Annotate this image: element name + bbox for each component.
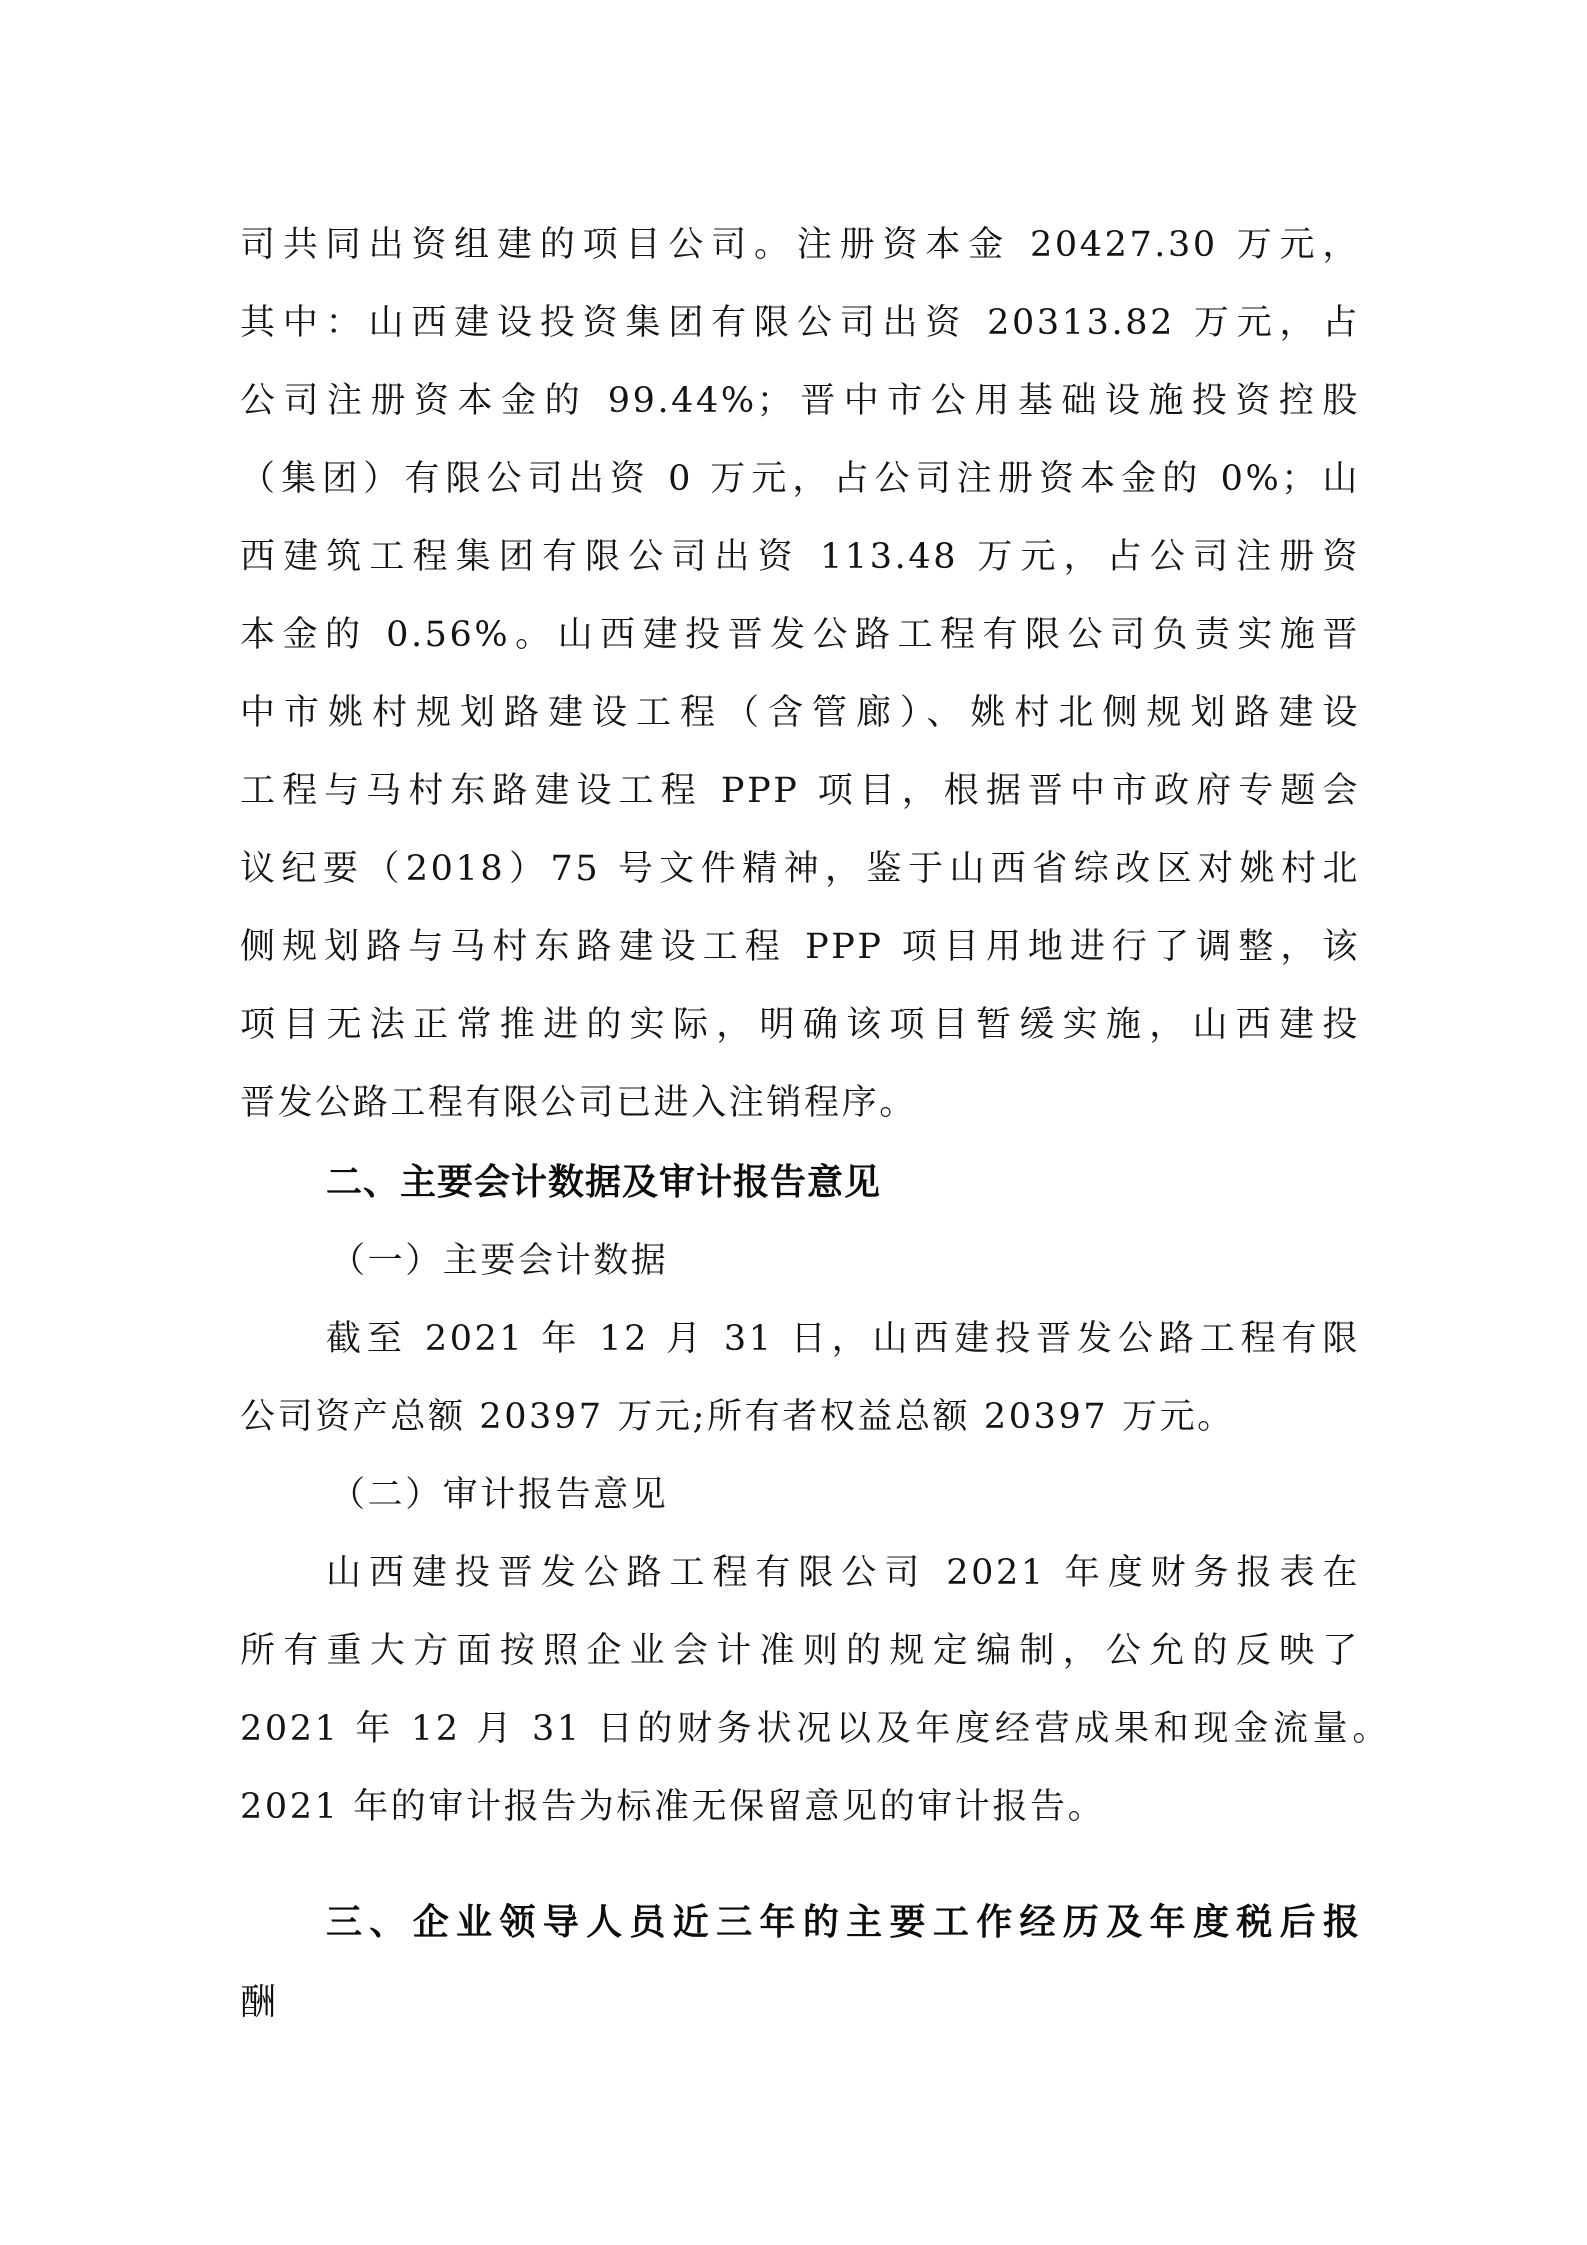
body-text-line: 西建筑工程集团有限公司出资 113.48 万元，占公司注册资	[240, 527, 1360, 587]
body-text-line: （集团）有限公司出资 0 万元，占公司注册资本金的 0%；山	[240, 449, 1360, 509]
section-heading-leadership: 三、企业领导人员近三年的主要工作经历及年度税后报	[326, 1893, 1360, 1953]
body-text-line: 所有重大方面按照企业会计准则的规定编制，公允的反映了	[240, 1621, 1360, 1681]
body-text-line: 其中：山西建设投资集团有限公司出资 20313.82 万元，占	[240, 293, 1360, 353]
body-text-line: 公司注册资本金的 99.44%；晋中市公用基础设施投资控股	[240, 371, 1360, 431]
body-text-line: 2021 年 12 月 31 日的财务状况以及年度经营成果和现金流量。	[240, 1699, 1390, 1759]
body-text-line: 项目无法正常推进的实际，明确该项目暂缓实施，山西建投	[240, 995, 1360, 1055]
body-text-line: 工程与马村东路建设工程 PPP 项目，根据晋中市政府专题会	[240, 761, 1360, 821]
body-text-line: 侧规划路与马村东路建设工程 PPP 项目用地进行了调整，该	[240, 917, 1360, 977]
body-text-line: 本金的 0.56%。山西建投晋发公路工程有限公司负责实施晋	[240, 605, 1360, 665]
body-text-line: 2021 年的审计报告为标准无保留意见的审计报告。	[240, 1777, 1360, 1837]
body-text-line: 晋发公路工程有限公司已进入注销程序。	[240, 1073, 1360, 1133]
body-text-line: 司共同出资组建的项目公司。注册资本金 20427.30 万元，	[240, 215, 1360, 275]
body-text-line: 公司资产总额 20397 万元;所有者权益总额 20397 万元。	[240, 1387, 1360, 1447]
subsection-heading-accounting-data: （一）主要会计数据	[330, 1231, 1450, 1291]
body-text-line: 中市姚村规划路建设工程（含管廊）、姚村北侧规划路建设	[240, 683, 1360, 743]
body-text-line: 截至 2021 年 12 月 31 日，山西建投晋发公路工程有限	[326, 1309, 1360, 1369]
subsection-heading-audit-opinion: （二）审计报告意见	[330, 1465, 1450, 1525]
document-page: 司共同出资组建的项目公司。注册资本金 20427.30 万元， 其中：山西建设投…	[0, 0, 1587, 2245]
body-text-line: 议纪要（2018）75 号文件精神，鉴于山西省综改区对姚村北	[240, 839, 1360, 899]
body-text-line: 山西建投晋发公路工程有限公司 2021 年度财务报表在	[326, 1543, 1360, 1603]
section-heading-leadership-continued: 酬	[240, 1973, 1360, 2033]
section-heading-accounting-audit: 二、主要会计数据及审计报告意见	[326, 1153, 1446, 1213]
